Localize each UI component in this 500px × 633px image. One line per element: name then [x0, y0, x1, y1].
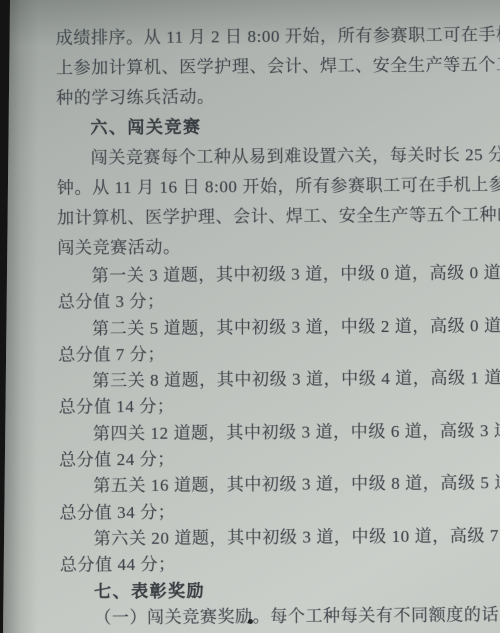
document-line: 加计算机、医学护理、会计、焊工、安全生产等五个工种的 [57, 200, 461, 233]
section-heading: 六、闯关竞赛 [56, 110, 460, 143]
photo-of-document: { "document": { "lines": [ { "text": "成绩… [0, 0, 500, 633]
document-photo: 成绩排序。从 11 月 2 日 8:00 开始，所有参赛职工可在手机上参加计算机… [0, 0, 500, 633]
document-line: 种的学习练兵活动。 [56, 80, 460, 113]
section-heading: 七、表彰奖励 [60, 576, 464, 605]
document-line: 总分值 7 分； [58, 339, 462, 368]
document-line: 第四关 12 道题，其中初级 3 道，中级 6 道，高级 3 道， [59, 418, 463, 447]
document-line: 第一关 3 道题，其中初级 3 道，中级 0 道，高级 0 道， [58, 260, 462, 289]
paper-page: 成绩排序。从 11 月 2 日 8:00 开始，所有参赛职工可在手机上参加计算机… [0, 0, 500, 633]
document-line: （一）闯关竞赛奖励。每个工种每关有不同额度的话费 [60, 602, 464, 631]
document-line: 上参加计算机、医学护理、会计、焊工、安全生产等五个工 [56, 50, 460, 83]
document-body: 成绩排序。从 11 月 2 日 8:00 开始，所有参赛职工可在手机上参加计算机… [56, 20, 465, 631]
document-line: 成绩排序。从 11 月 2 日 8:00 开始，所有参赛职工可在手机 [56, 20, 460, 53]
document-line: 第五关 16 道题，其中初级 3 道，中级 8 道，高级 5 道， [59, 471, 463, 500]
document-line: 总分值 44 分； [60, 550, 464, 579]
document-line: 钟。从 11 月 16 日 8:00 开始，所有参赛职工可在手机上参 [57, 170, 461, 203]
document-line: 总分值 34 分； [59, 497, 463, 526]
document-line: 闯关竞赛每个工种从易到难设置六关，每关时长 25 分 [57, 140, 461, 173]
document-line: 第三关 8 道题，其中初级 3 道，中级 4 道，高级 1 道， [58, 366, 462, 395]
document-line: 总分值 3 分； [58, 287, 462, 316]
document-line: 第二关 5 道题，其中初级 3 道，中级 2 道，高级 0 道， [58, 313, 462, 342]
document-line: 总分值 24 分； [59, 444, 463, 473]
document-line: 第六关 20 道题，其中初级 3 道，中级 10 道，高级 7 道， [60, 523, 464, 552]
document-line: 闯关竞赛活动。 [57, 230, 461, 263]
ink-speck [248, 619, 253, 624]
document-line: 总分值 14 分； [59, 392, 463, 421]
